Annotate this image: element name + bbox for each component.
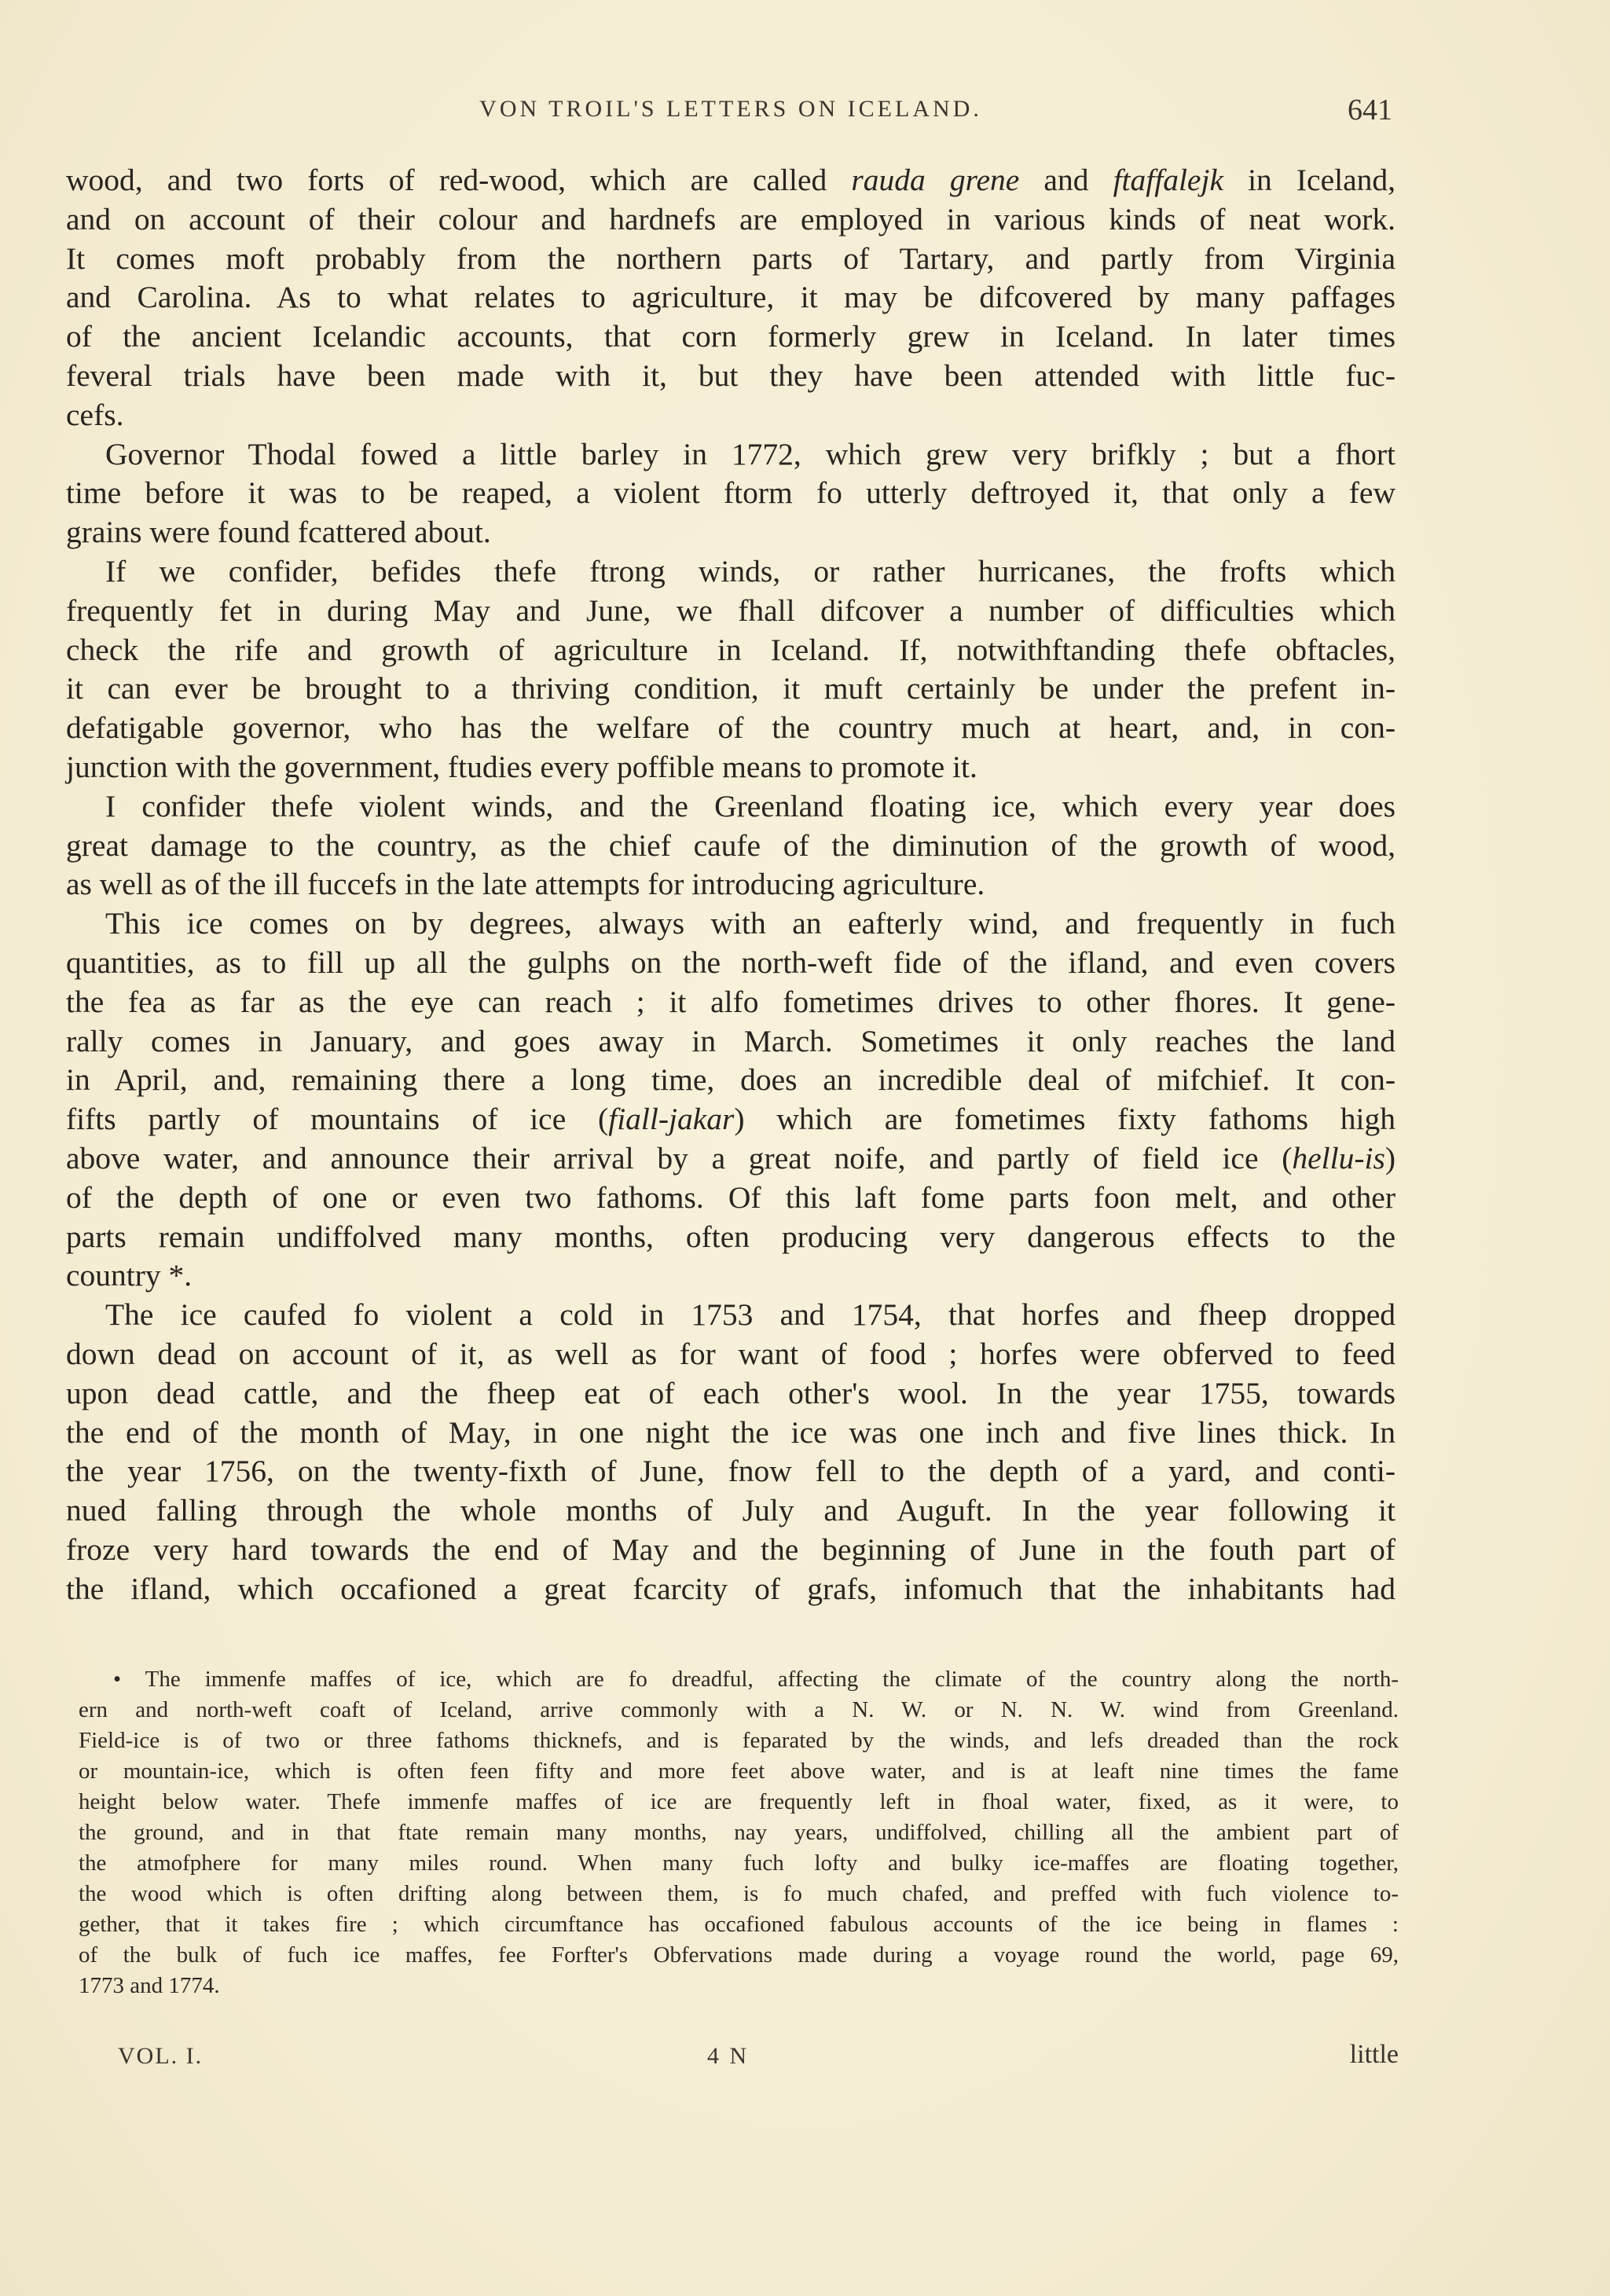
footnote-line: Field-ice is of two or three fathoms thi… [79, 1726, 1399, 1756]
footnote-line: the ground, and in that ftate remain man… [79, 1817, 1399, 1848]
text-line: nued falling through the whole months of… [66, 1491, 1395, 1531]
footnote-line: ern and north-weft coaft of Iceland, arr… [79, 1695, 1399, 1726]
text-line: quantities, as to fill up all the gulphs… [66, 944, 1395, 983]
text-line: This ice comes on by degrees, always wit… [66, 904, 1395, 944]
book-page: VON TROIL'S LETTERS ON ICELAND. 641 wood… [0, 0, 1610, 2296]
text-line: fifts partly of mountains of ice (fiall-… [66, 1100, 1395, 1139]
text-line: wood, and two forts of red-wood, which a… [66, 161, 1395, 200]
text-line: I confider thefe violent winds, and the … [66, 787, 1395, 827]
footnote-line: gether, that it takes fire ; which circu… [79, 1909, 1399, 1940]
signature-mark: 4 N [707, 2043, 749, 2070]
text-line: It comes moft probably from the northern… [66, 240, 1395, 279]
text-line: rally comes in January, and goes away in… [66, 1022, 1395, 1062]
text-line: in April, and, remaining there a long ti… [66, 1061, 1395, 1100]
text-line: of the depth of one or even two fathoms.… [66, 1179, 1395, 1218]
text-line: the ifland, which occafioned a great fca… [66, 1570, 1395, 1609]
text-line: country *. [66, 1256, 1395, 1296]
text-line: The ice caufed fo violent a cold in 1753… [66, 1296, 1395, 1335]
footnote-line: or mountain-ice, which is often feen fif… [79, 1756, 1399, 1787]
text-line: the fea as far as the eye can reach ; it… [66, 983, 1395, 1022]
volume-label: VOL. I. [118, 2043, 203, 2070]
text-line: time before it was to be reaped, a viole… [66, 474, 1395, 513]
footnote-line: • The immenfe maffes of ice, which are f… [79, 1664, 1399, 1695]
text-line: and Carolina. As to what relates to agri… [66, 278, 1395, 317]
text-line: and on account of their colour and hardn… [66, 200, 1395, 240]
text-line: junction with the government, ftudies ev… [66, 748, 1395, 787]
italic-term: hellu-is [1292, 1141, 1384, 1176]
text-line: parts remain undiffolved many months, of… [66, 1218, 1395, 1257]
footnote-line: 1773 and 1774. [79, 1971, 1399, 2001]
footnote-line: the wood which is often drifting along b… [79, 1879, 1399, 1909]
text-line: of the ancient Icelandic accounts, that … [66, 317, 1395, 357]
footnote-line: height below water. Thefe immenfe maffes… [79, 1787, 1399, 1817]
text-line: check the rife and growth of agriculture… [66, 631, 1395, 670]
text-line: upon dead cattle, and the fheep eat of e… [66, 1374, 1395, 1414]
text-line: down dead on account of it, as well as f… [66, 1335, 1395, 1374]
text-line: great damage to the country, as the chie… [66, 827, 1395, 866]
italic-term: fiall-jakar [608, 1102, 734, 1136]
footnote: • The immenfe maffes of ice, which are f… [79, 1664, 1399, 2001]
running-title: VON TROIL'S LETTERS ON ICELAND. [63, 96, 1399, 123]
text-line: froze very hard towards the end of May a… [66, 1531, 1395, 1570]
running-head: VON TROIL'S LETTERS ON ICELAND. 641 [63, 96, 1399, 135]
italic-term: ftaffalejk [1113, 163, 1223, 197]
text-line: grains were found fcattered about. [66, 513, 1395, 552]
body-text: wood, and two forts of red-wood, which a… [66, 161, 1395, 1608]
text-line: defatigable governor, who has the welfar… [66, 709, 1395, 748]
italic-term: rauda grene [851, 163, 1019, 197]
text-line: feveral trials have been made with it, b… [66, 357, 1395, 396]
footnote-line: of the bulk of fuch ice maffes, fee Forf… [79, 1940, 1399, 1971]
page-number: 641 [1348, 93, 1392, 127]
text-line: cefs. [66, 396, 1395, 435]
footnote-line: the atmofphere for many miles round. Whe… [79, 1848, 1399, 1879]
text-line: as well as of the ill fuccefs in the lat… [66, 865, 1395, 904]
text-line: it can ever be brought to a thriving con… [66, 669, 1395, 709]
page-footer: VOL. I. 4 N little [118, 2043, 1399, 2082]
text-line: the end of the month of May, in one nigh… [66, 1414, 1395, 1453]
text-line: the year 1756, on the twenty-fixth of Ju… [66, 1452, 1395, 1491]
catchword: little [1350, 2040, 1399, 2070]
text-line: frequently fet in during May and June, w… [66, 592, 1395, 631]
text-line: If we confider, befides thefe ftrong win… [66, 552, 1395, 592]
text-line: Governor Thodal fowed a little barley in… [66, 435, 1395, 475]
text-line: above water, and announce their arrival … [66, 1139, 1395, 1179]
